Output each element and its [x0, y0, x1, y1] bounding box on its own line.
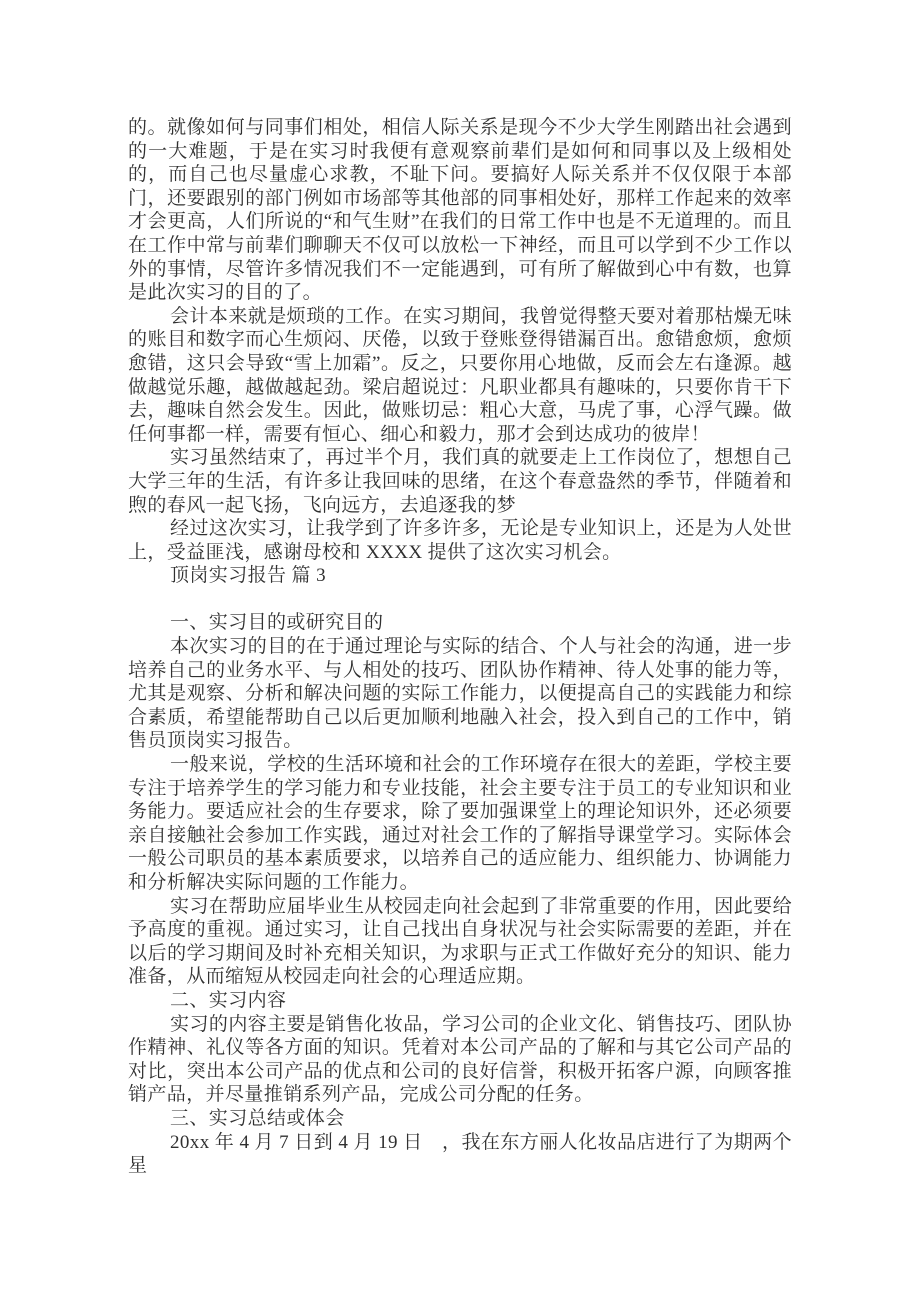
- paragraph-accounting-work: 会计本来就是烦琐的工作。在实习期间，我曾觉得整天要对着那枯燥无味的账目和数字而心…: [128, 305, 792, 447]
- document-page: 的。就像如何与同事们相处，相信人际关系是现今不少大学生刚踏出社会遇到的一大难题，…: [0, 0, 920, 1302]
- section-heading-2: 二、实习内容: [128, 989, 792, 1013]
- report-subtitle: 顶岗实习报告 篇 3: [128, 564, 792, 588]
- paragraph-summary-start: 20xx 年 4 月 7 日到 4 月 19 日 ，我在东方丽人化妆品店进行了为…: [128, 1131, 792, 1178]
- paragraph-internship-over: 实习虽然结束了，再过半个月，我们真的就要走上工作岗位了，想想自己大学三年的生活，…: [128, 446, 792, 517]
- paragraph-purpose: 本次实习的目的在于通过理论与实际的结合、个人与社会的沟通，进一步培养自己的业务水…: [128, 635, 792, 753]
- paragraph-thanks: 经过这次实习，让我学到了许多许多，无论是专业知识上，还是为人处世上，受益匪浅，感…: [128, 517, 792, 564]
- paragraph-school-vs-society: 一般来说，学校的生活环境和社会的工作环境存在很大的差距，学校主要专注于培养学生的…: [128, 753, 792, 895]
- section-heading-1: 一、实习目的或研究目的: [128, 611, 792, 635]
- section-heading-3: 三、实习总结或体会: [128, 1107, 792, 1131]
- screenshot-root: { "page": { "background_color": "#ffffff…: [0, 0, 920, 1302]
- paragraph-graduate-transition: 实习在帮助应届毕业生从校园走向社会起到了非常重要的作用，因此要给予高度的重视。通…: [128, 895, 792, 989]
- paragraph-content-cosmetics: 实习的内容主要是销售化妆品，学习公司的企业文化、销售技巧、团队协作精神、礼仪等各…: [128, 1013, 792, 1107]
- paragraph-continuation: 的。就像如何与同事们相处，相信人际关系是现今不少大学生刚踏出社会遇到的一大难题，…: [128, 116, 792, 305]
- blank-line: [128, 588, 792, 612]
